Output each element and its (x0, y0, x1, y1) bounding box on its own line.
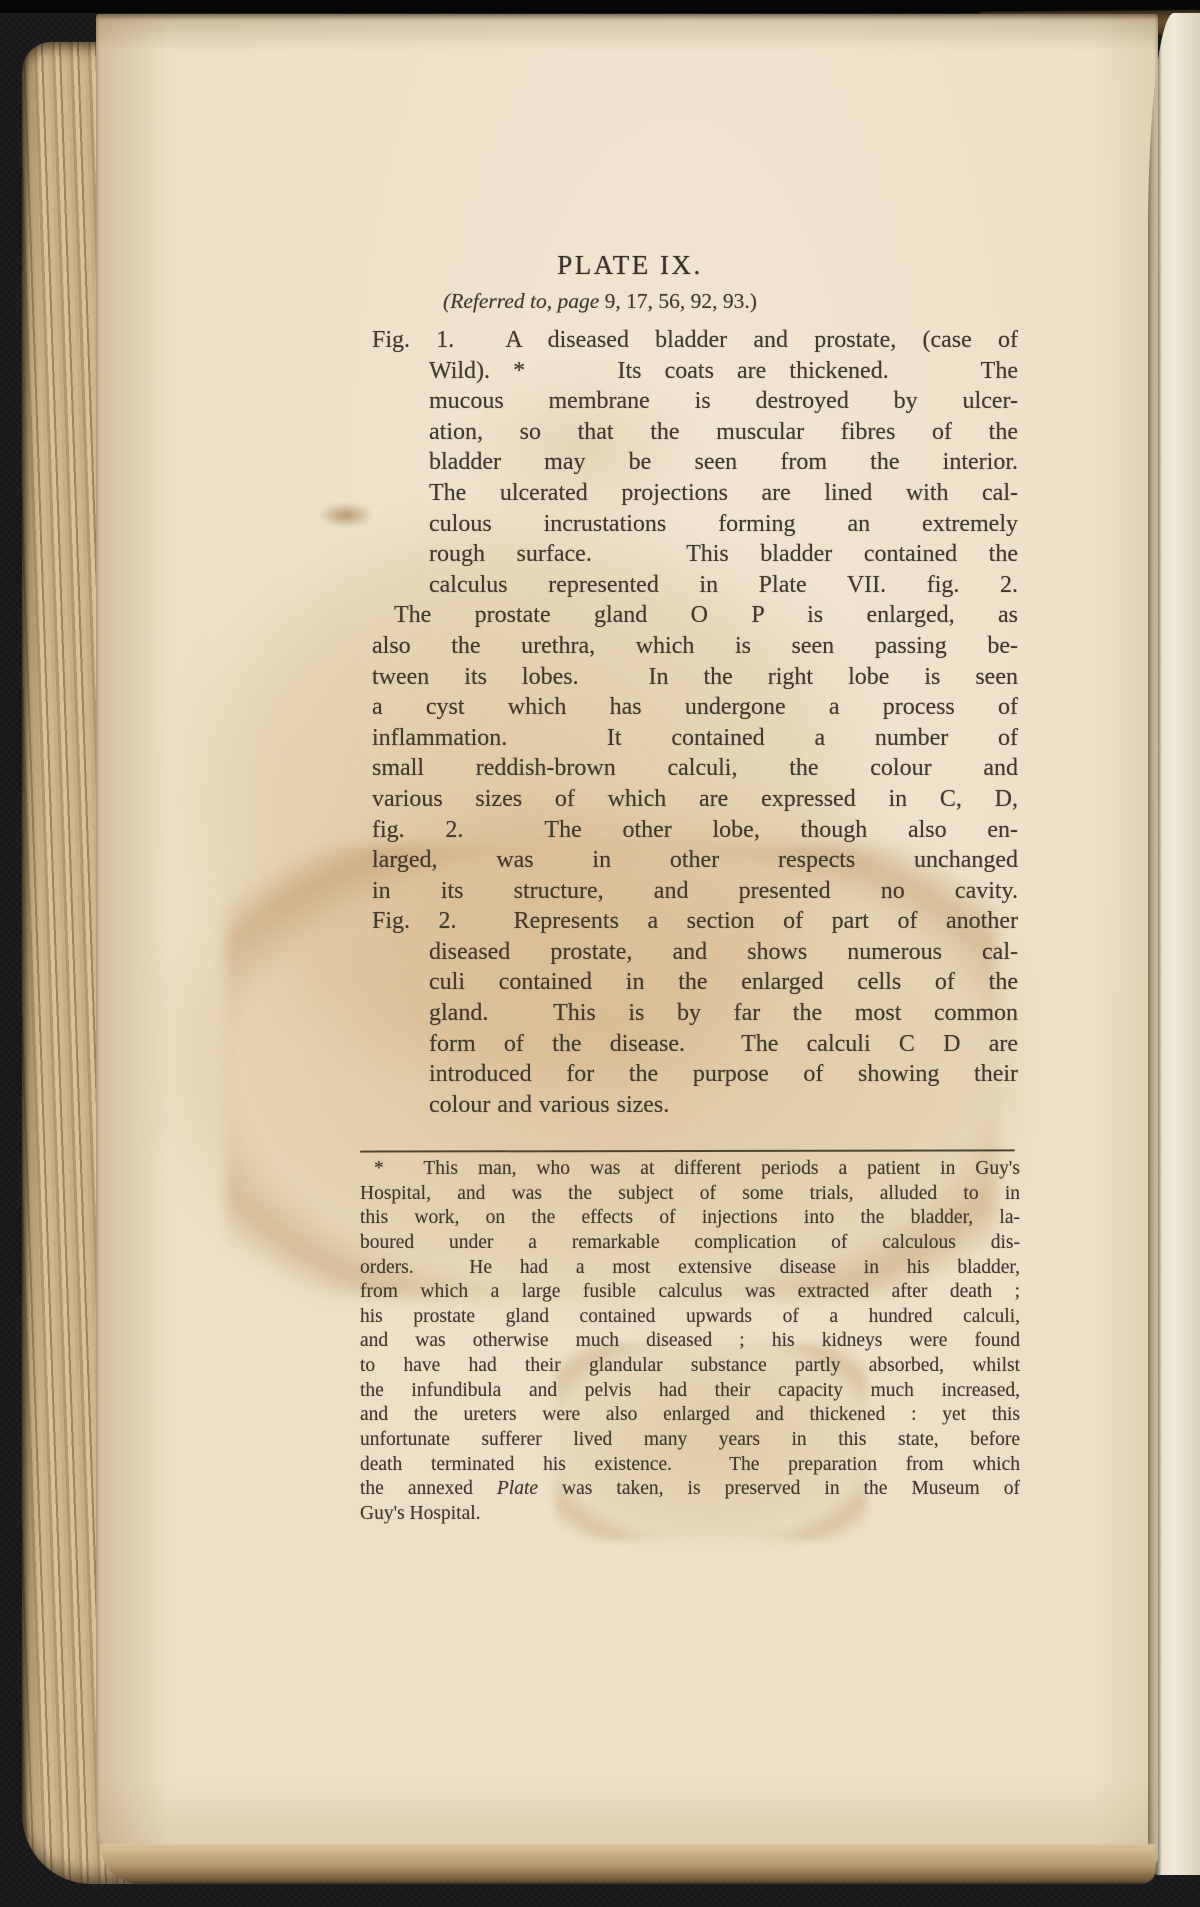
text-line: calculus represented in Plate VII. fig. … (429, 570, 1018, 601)
text-span: Wild). * Its coats are thickened. The (429, 358, 1018, 384)
text-span: culi contained in the enlarged cells of … (429, 969, 1018, 995)
plate-heading: PLATE IX. (410, 250, 850, 281)
footnote-rule (360, 1149, 1015, 1153)
text-span: mucous membrane is destroyed by ulcer- (429, 388, 1018, 414)
text-span: ation, so that the muscular fibres of th… (429, 419, 1018, 445)
text-line: rough surface. This bladder contained th… (429, 539, 1018, 570)
text-line: inflammation. It contained a number of (372, 723, 1018, 754)
text-line: his prostate gland contained upwards of … (360, 1305, 1020, 1330)
text-span: calculus represented in Plate VII. fig. … (429, 572, 1018, 598)
text-line: form of the disease. The calculi C D are (429, 1029, 1018, 1060)
text-line: the infundibula and pelvis had their cap… (360, 1379, 1020, 1404)
text-line: The ulcerated projections are lined with… (429, 478, 1018, 509)
figure-2-paragraph: Fig. 2. Represents a section of part of … (372, 906, 1018, 1120)
text-line: mucous membrane is destroyed by ulcer- (429, 386, 1018, 417)
text-span: this work, on the effects of injections … (360, 1207, 1020, 1228)
text-span: to have had their glandular substance pa… (360, 1355, 1020, 1376)
text-line: unfortunate sufferer lived many years in… (360, 1428, 1020, 1453)
text-span: boured under a remarkable complication o… (360, 1232, 1020, 1253)
text-span: his prostate gland contained upwards of … (360, 1306, 1020, 1327)
text-line: gland. This is by far the most common (429, 998, 1018, 1029)
text-line: diseased prostate, and shows numerous ca… (429, 937, 1018, 968)
text-line: and the ureters were also enlarged and t… (360, 1403, 1020, 1428)
text-line: Hospital, and was the subject of some tr… (360, 1182, 1020, 1207)
text-line: culi contained in the enlarged cells of … (429, 967, 1018, 998)
text-line: * This man, who was at different periods… (360, 1157, 1020, 1182)
text-span: Hospital, and was the subject of some tr… (360, 1183, 1020, 1204)
text-line: colour and various sizes. (429, 1090, 1018, 1121)
italic-text: (Referred to, page (443, 289, 599, 313)
text-span: orders. He had a most extensive disease … (360, 1257, 1020, 1278)
text-span: Fig. 1. A diseased bladder and prostate,… (372, 327, 1018, 353)
text-line: boured under a remarkable complication o… (360, 1231, 1020, 1256)
text-span: a cyst which has undergone a process of (372, 694, 1018, 720)
figure-1-paragraph-2: The prostate gland O P is enlarged, asal… (372, 600, 1018, 906)
text-span: form of the disease. The calculi C D are (429, 1031, 1018, 1057)
text-span: colour and various sizes. (429, 1092, 669, 1118)
text-line: orders. He had a most extensive disease … (360, 1256, 1020, 1281)
reference-line: (Referred to, page 9, 17, 56, 92, 93.) (380, 289, 820, 314)
italic-text: Plate (497, 1478, 538, 1499)
text-line: culous incrustations forming an extremel… (429, 509, 1018, 540)
text-span: was taken, is preserved in the Museum of (538, 1478, 1020, 1499)
text-span: The ulcerated projections are lined with… (429, 480, 1018, 506)
text-span: small reddish-brown calculi, the colour … (372, 755, 1018, 781)
text-span: larged, was in other respects unchanged (372, 847, 1018, 873)
text-span: Guy's Hospital. (360, 1503, 481, 1524)
text-span: and was otherwise much diseased ; his ki… (360, 1330, 1020, 1351)
text-line: from which a large fusible calculus was … (360, 1280, 1020, 1305)
text-span: inflammation. It contained a number of (372, 725, 1018, 751)
text-span: also the urethra, which is seen passing … (372, 633, 1018, 659)
text-span: unfortunate sufferer lived many years in… (360, 1429, 1020, 1450)
text-span: and the ureters were also enlarged and t… (360, 1404, 1020, 1425)
text-span: gland. This is by far the most common (429, 1000, 1018, 1026)
text-line: ation, so that the muscular fibres of th… (429, 417, 1018, 448)
text-span: culous incrustations forming an extremel… (429, 511, 1018, 537)
text-line: small reddish-brown calculi, the colour … (372, 753, 1018, 784)
text-line: tween its lobes. In the right lobe is se… (372, 662, 1018, 693)
text-span: diseased prostate, and shows numerous ca… (429, 939, 1018, 965)
text-span: rough surface. This bladder contained th… (429, 541, 1018, 567)
text-span: tween its lobes. In the right lobe is se… (372, 664, 1018, 690)
text-span: fig. 2. The other lobe, though also en- (372, 817, 1018, 843)
text-line: Wild). * Its coats are thickened. The (429, 356, 1018, 387)
text-span: the annexed (360, 1478, 497, 1499)
plate-description: Fig. 1. A diseased bladder and prostate,… (372, 325, 1018, 1120)
text-span: The prostate gland O P is enlarged, as (394, 602, 1018, 628)
text-span: * This man, who was at different periods… (374, 1158, 1020, 1179)
text-line: The prostate gland O P is enlarged, as (372, 600, 1018, 631)
text-line: the annexed Plate was taken, is preserve… (360, 1477, 1020, 1502)
text-span: the infundibula and pelvis had their cap… (360, 1380, 1020, 1401)
text-span: death terminated his existence. The prep… (360, 1454, 1020, 1475)
text-line: in its structure, and presented no cavit… (372, 876, 1018, 907)
text-line: Fig. 1. A diseased bladder and prostate,… (429, 325, 1018, 356)
figure-1-paragraph-1: Fig. 1. A diseased bladder and prostate,… (372, 325, 1018, 600)
text-line: also the urethra, which is seen passing … (372, 631, 1018, 662)
text-line: larged, was in other respects unchanged (372, 845, 1018, 876)
text-line: this work, on the effects of injections … (360, 1206, 1020, 1231)
text-span: Fig. 2. Represents a section of part of … (372, 908, 1018, 934)
text-line: to have had their glandular substance pa… (360, 1354, 1020, 1379)
text-line: and was otherwise much diseased ; his ki… (360, 1329, 1020, 1354)
text-line: (Referred to, page 9, 17, 56, 92, 93.) (380, 289, 820, 314)
page-text: PLATE IX. (Referred to, page 9, 17, 56, … (0, 0, 1200, 1907)
text-line: death terminated his existence. The prep… (360, 1453, 1020, 1478)
text-span: introduced for the purpose of showing th… (429, 1061, 1018, 1087)
text-line: bladder may be seen from the interior. (429, 447, 1018, 478)
text-line: Fig. 2. Represents a section of part of … (429, 906, 1018, 937)
book-photo: PLATE IX. (Referred to, page 9, 17, 56, … (0, 0, 1200, 1907)
text-span: various sizes of which are expressed in … (372, 786, 1018, 812)
text-span: from which a large fusible calculus was … (360, 1281, 1020, 1302)
footnote: * This man, who was at different periods… (360, 1157, 1020, 1527)
text-span: in its structure, and presented no cavit… (372, 878, 1018, 904)
text-line: various sizes of which are expressed in … (372, 784, 1018, 815)
text-line: introduced for the purpose of showing th… (429, 1059, 1018, 1090)
text-line: a cyst which has undergone a process of (372, 692, 1018, 723)
text-span: bladder may be seen from the interior. (429, 449, 1018, 475)
text-line: Guy's Hospital. (360, 1502, 1020, 1527)
text-span: 9, 17, 56, 92, 93.) (599, 289, 757, 313)
text-line: fig. 2. The other lobe, though also en- (372, 815, 1018, 846)
